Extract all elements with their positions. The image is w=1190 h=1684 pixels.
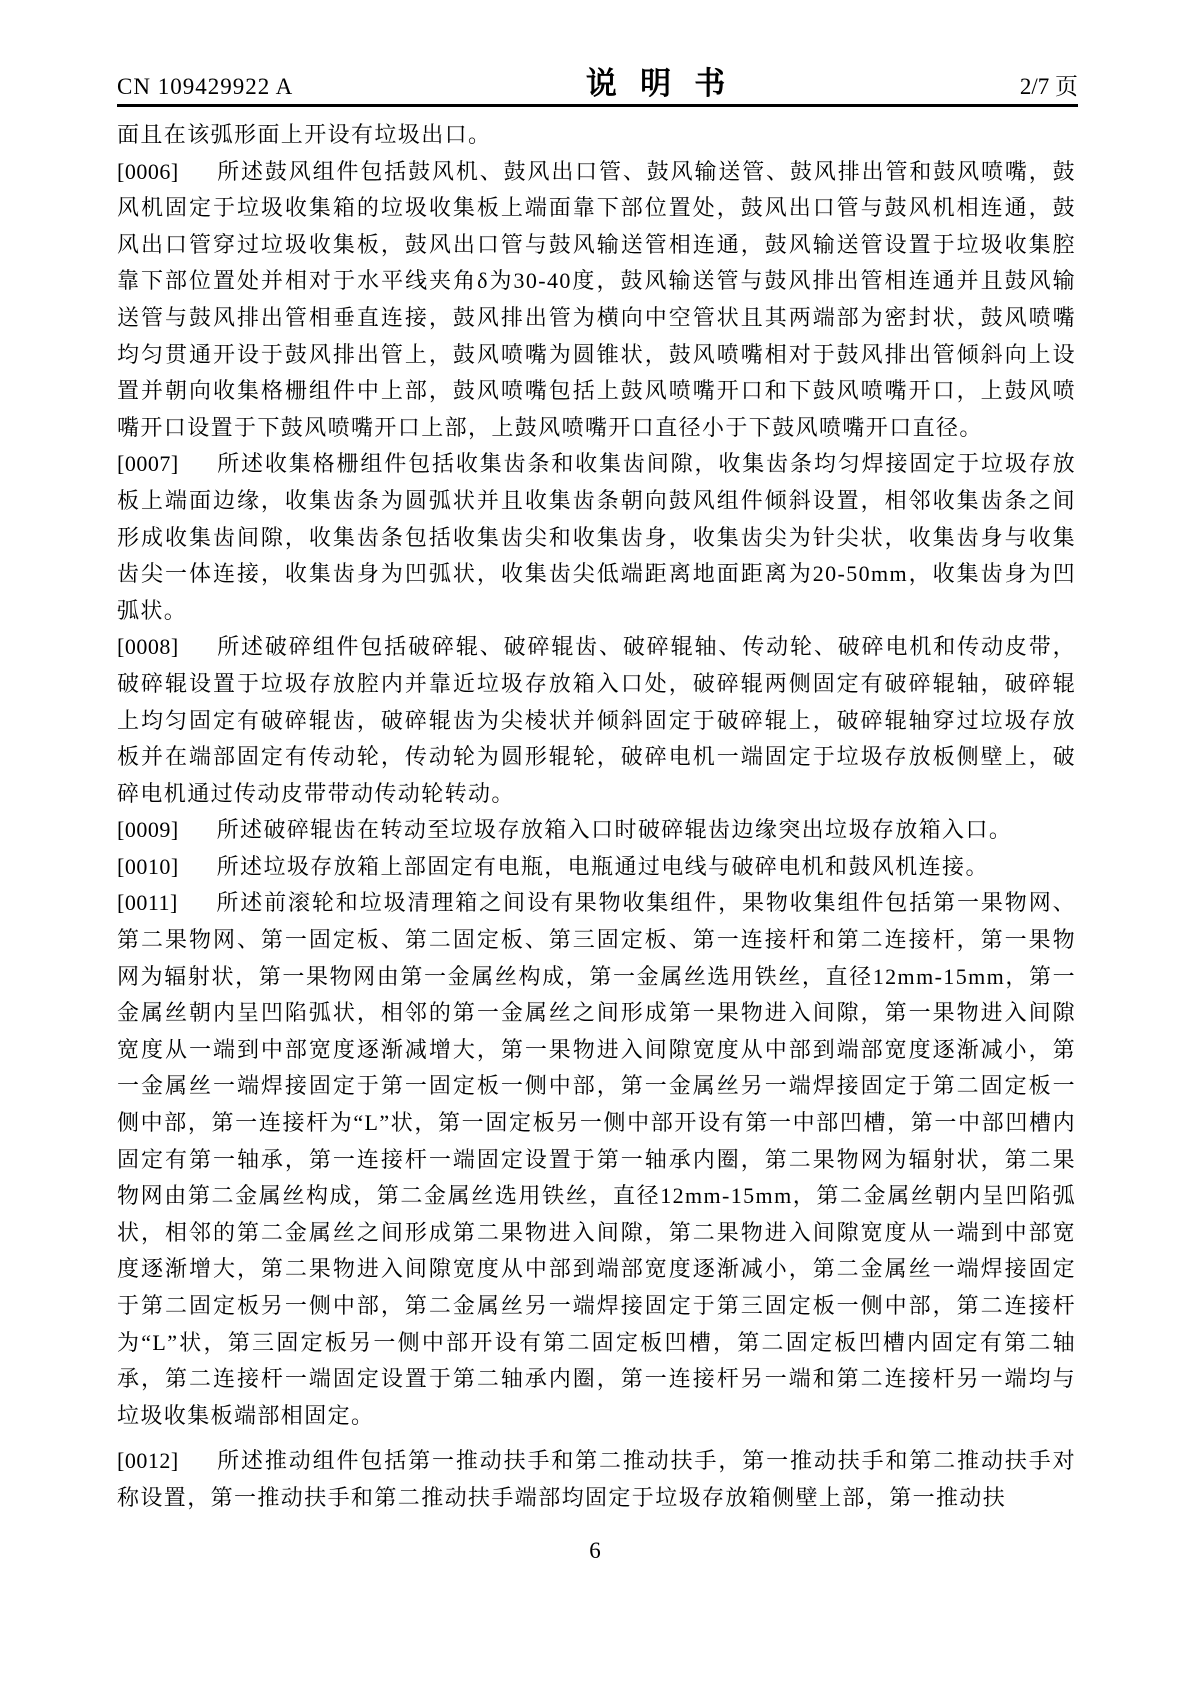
paragraph-number: [0007] bbox=[117, 451, 217, 476]
page-indicator: 2/7 页 bbox=[1020, 68, 1078, 101]
document-title: 说 明 书 bbox=[586, 58, 727, 103]
paragraph: [0009]所述破碎辊齿在转动至垃圾存放箱入口时破碎辊齿边缘突出垃圾存放箱入口。 bbox=[117, 812, 1076, 849]
paragraph: [0007]所述收集格栅组件包括收集齿条和收集齿间隙，收集齿条均匀焊接固定于垃圾… bbox=[117, 446, 1076, 629]
paragraph: [0010]所述垃圾存放箱上部固定有电瓶，电瓶通过电线与破碎电机和鼓风机连接。 bbox=[117, 849, 1076, 886]
patent-document-page: CN 109429922 A 说 明 书 2/7 页 面且在该弧形面上开设有垃圾… bbox=[0, 0, 1190, 1684]
paragraph-number: [0009] bbox=[117, 817, 217, 842]
paragraph-text: 所述垃圾存放箱上部固定有电瓶，电瓶通过电线与破碎电机和鼓风机连接。 bbox=[217, 854, 989, 879]
paragraph: [0011]所述前滚轮和垃圾清理箱之间设有果物收集组件，果物收集组件包括第一果物… bbox=[117, 885, 1076, 1434]
paragraph: [0012]所述推动组件包括第一推动扶手和第二推动扶手，第一推动扶手和第二推动扶… bbox=[117, 1443, 1076, 1516]
paragraph-number: [0006] bbox=[117, 159, 217, 184]
paragraph-number: [0010] bbox=[117, 854, 217, 879]
page-footer: 6 bbox=[0, 1538, 1190, 1564]
page-header: CN 109429922 A 说 明 书 2/7 页 bbox=[117, 58, 1078, 102]
paragraph: [0006]所述鼓风组件包括鼓风机、鼓风出口管、鼓风输送管、鼓风排出管和鼓风喷嘴… bbox=[117, 154, 1076, 447]
page-number: 6 bbox=[589, 1538, 601, 1563]
paragraph-text: 所述破碎组件包括破碎辊、破碎辊齿、破碎辊轴、传动轮、破碎电机和传动皮带，破碎辊设… bbox=[117, 634, 1076, 805]
paragraph-text: 所述前滚轮和垃圾清理箱之间设有果物收集组件，果物收集组件包括第一果物网、第二果物… bbox=[117, 890, 1076, 1427]
paragraph: 面且在该弧形面上开设有垃圾出口。 bbox=[117, 117, 1076, 154]
paragraph-number: [0008] bbox=[117, 634, 217, 659]
patent-number: CN 109429922 A bbox=[117, 74, 293, 100]
paragraph-text: 所述鼓风组件包括鼓风机、鼓风出口管、鼓风输送管、鼓风排出管和鼓风喷嘴，鼓风机固定… bbox=[117, 159, 1076, 440]
paragraph-text: 所述破碎辊齿在转动至垃圾存放箱入口时破碎辊齿边缘突出垃圾存放箱入口。 bbox=[217, 817, 1013, 842]
paragraph-number: [0011] bbox=[117, 890, 216, 915]
paragraph: [0008]所述破碎组件包括破碎辊、破碎辊齿、破碎辊轴、传动轮、破碎电机和传动皮… bbox=[117, 629, 1076, 812]
paragraph-number: [0012] bbox=[117, 1448, 217, 1473]
paragraph-text: 所述收集格栅组件包括收集齿条和收集齿间隙，收集齿条均匀焊接固定于垃圾存放板上端面… bbox=[117, 451, 1076, 622]
document-body: 面且在该弧形面上开设有垃圾出口。[0006]所述鼓风组件包括鼓风机、鼓风出口管、… bbox=[117, 117, 1076, 1517]
paragraph-text: 所述推动组件包括第一推动扶手和第二推动扶手，第一推动扶手和第二推动扶手对称设置，… bbox=[117, 1448, 1076, 1510]
header-divider bbox=[117, 104, 1078, 107]
paragraph-text: 面且在该弧形面上开设有垃圾出口。 bbox=[117, 122, 491, 147]
